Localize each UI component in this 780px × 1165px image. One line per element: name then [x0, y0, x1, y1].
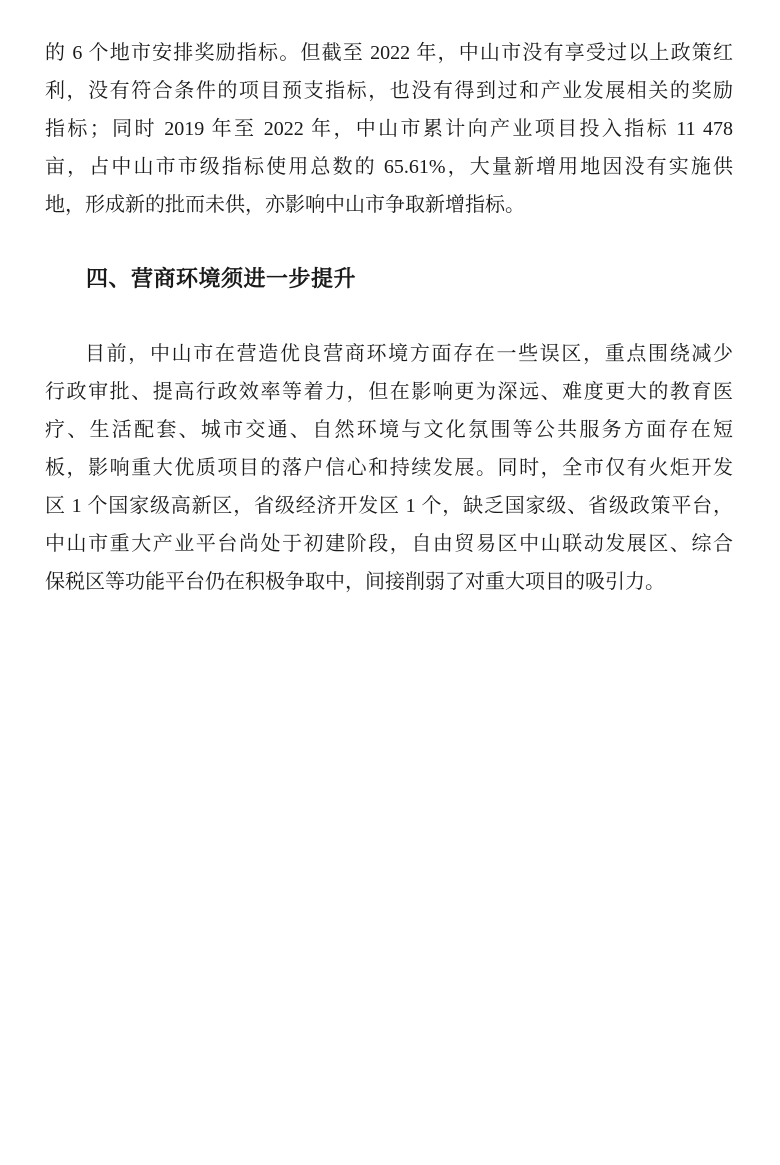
text-line: 区 1 个国家级高新区，省级经济开发区 1 个，缺乏国家级、省级政策平台， — [45, 487, 733, 525]
text-line: 行政审批、提高行政效率等着力，但在影响更为深远、难度更大的教育医 — [45, 373, 733, 411]
text-line: 疗、生活配套、城市交通、自然环境与文化氛围等公共服务方面存在短 — [45, 411, 733, 449]
text-line: 保税区等功能平台仍在积极争取中，间接削弱了对重大项目的吸引力。 — [45, 563, 733, 601]
section-heading: 四、营商环境须进一步提升 — [45, 260, 733, 298]
document-page: 的 6 个地市安排奖励指标。但截至 2022 年，中山市没有享受过以上政策红 利… — [0, 0, 780, 1165]
text-line: 亩，占中山市市级指标使用总数的 65.61%，大量新增用地因没有实施供 — [45, 148, 733, 186]
text-line: 中山市重大产业平台尚处于初建阶段，自由贸易区中山联动发展区、综合 — [45, 525, 733, 563]
paragraph-land-indicators: 的 6 个地市安排奖励指标。但截至 2022 年，中山市没有享受过以上政策红 利… — [45, 34, 733, 224]
text-line: 的 6 个地市安排奖励指标。但截至 2022 年，中山市没有享受过以上政策红 — [45, 34, 733, 72]
text-line: 地，形成新的批而未供，亦影响中山市争取新增指标。 — [45, 186, 733, 224]
text-line: 指标；同时 2019 年至 2022 年，中山市累计向产业项目投入指标 11 4… — [45, 110, 733, 148]
text-line: 目前，中山市在营造优良营商环境方面存在一些误区，重点围绕减少 — [45, 335, 733, 373]
text-line: 板，影响重大优质项目的落户信心和持续发展。同时，全市仅有火炬开发 — [45, 449, 733, 487]
paragraph-business-environment: 目前，中山市在营造优良营商环境方面存在一些误区，重点围绕减少 行政审批、提高行政… — [45, 335, 733, 601]
text-line: 利，没有符合条件的项目预支指标，也没有得到过和产业发展相关的奖励 — [45, 72, 733, 110]
